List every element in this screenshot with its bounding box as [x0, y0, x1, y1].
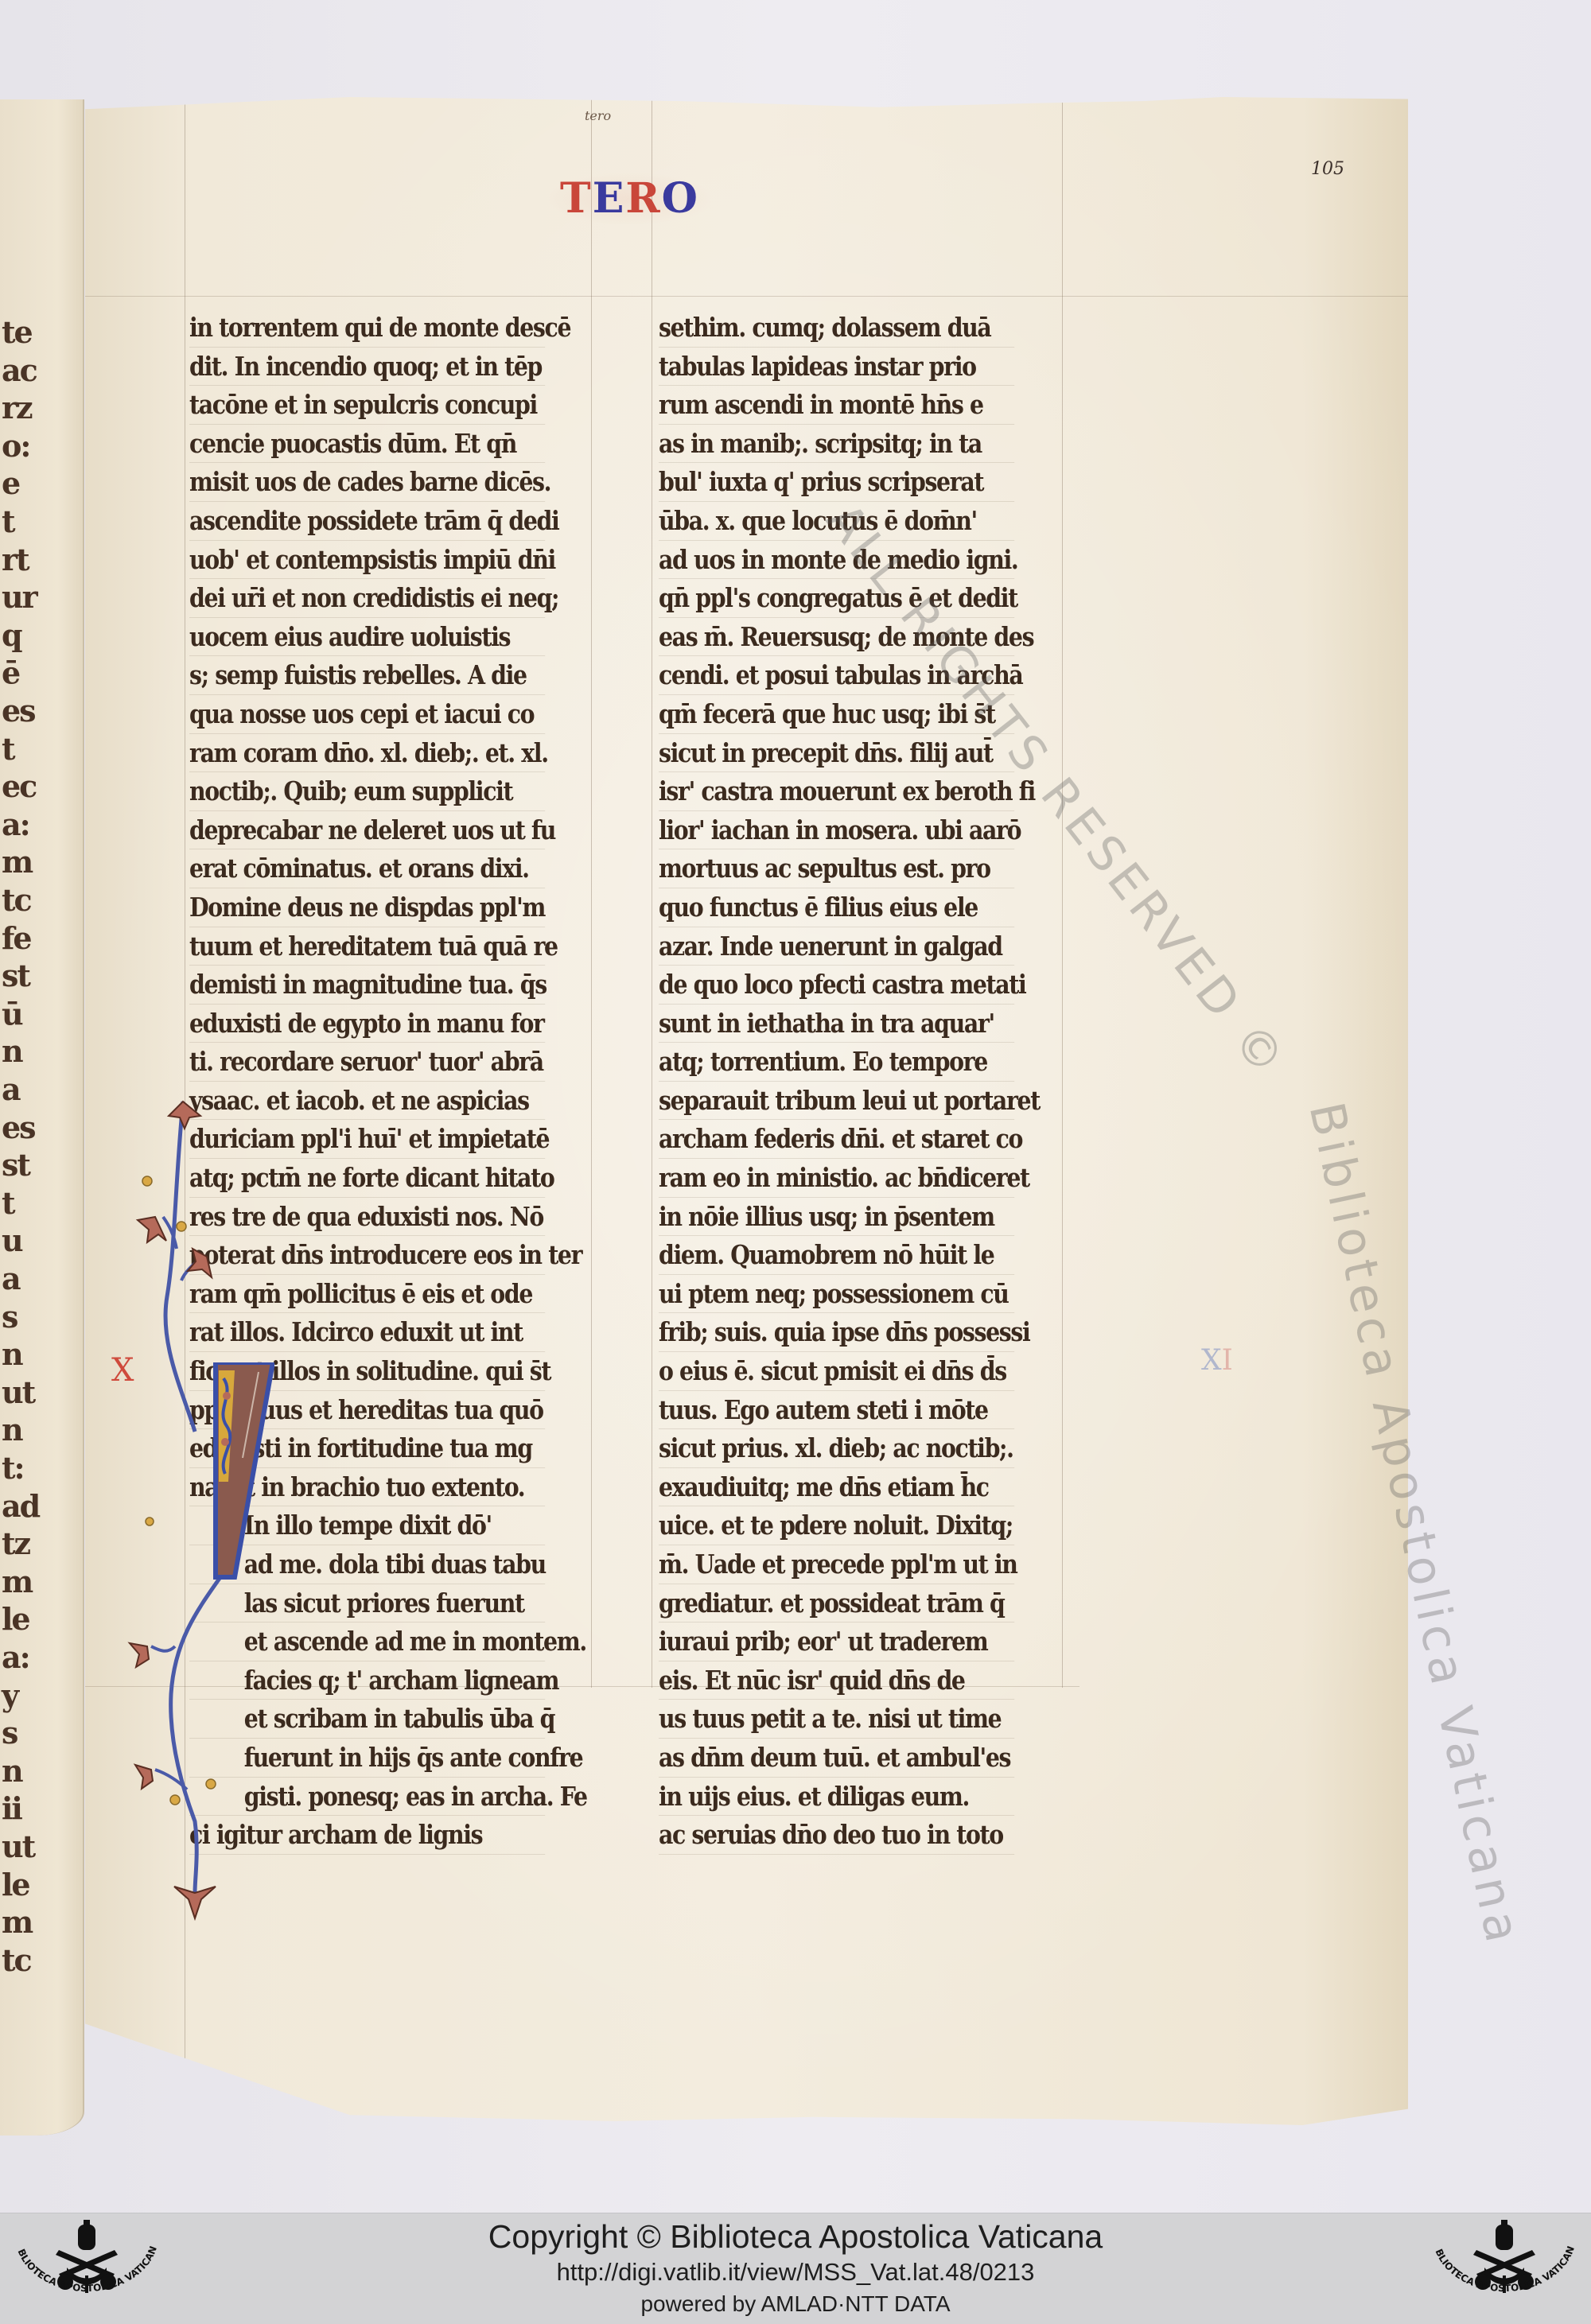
facing-page-text-fragment: es [2, 693, 35, 729]
manuscript-text-line: archam federis dn̄i. et staret co [659, 1120, 1014, 1159]
facing-page-text-fragment: ē [2, 655, 19, 691]
facing-page-text-fragment: tz [2, 1525, 29, 1562]
manuscript-text-line: in uijs eius. et diligas eum. [659, 1778, 1014, 1817]
facing-page-text-fragment: a [2, 1261, 20, 1297]
facing-page-text-fragment: n [2, 1412, 22, 1448]
facing-page-text-fragment: a: [2, 806, 29, 843]
manuscript-text-line: sethim. cumq; dolassem duā [659, 309, 1014, 348]
manuscript-text-line: eduxisti de egypto in manu for [189, 1005, 545, 1043]
manuscript-text-line: atq; torrentium. Eo tempore [659, 1043, 1014, 1082]
manuscript-text-line: deprecabar ne deleret uos ut fu [189, 811, 545, 850]
manuscript-text-line: lior' iachan in mosera. ubi aarō [659, 811, 1014, 850]
chapter-number-xi-part: I [1222, 1344, 1233, 1377]
manuscript-text-line: isr' castra mouerunt ex beroth fi [659, 772, 1014, 811]
facing-page-text-fragment: le [2, 1601, 29, 1638]
facing-page-text-fragment: m [2, 1564, 32, 1600]
manuscript-text-line: Domine deus ne dispdas ppl'm [189, 888, 545, 927]
manuscript-text-line: bul' iuxta q' prius scripserat [659, 463, 1014, 502]
manuscript-text-line: ti. recordare seruor' tuor' abrā [189, 1043, 545, 1082]
manuscript-text-line: ram eo in ministio. ac bn̄diceret [659, 1159, 1014, 1198]
facing-page-text-fragment: n [2, 1753, 22, 1790]
manuscript-text-line: us tuus petit a te. nisi ut time [659, 1700, 1014, 1739]
facing-page-text-fragment: n [2, 1336, 22, 1373]
facing-page-text-fragment: ur [2, 579, 37, 616]
permalink-url[interactable]: http://digi.vatlib.it/view/MSS_Vat.lat.4… [0, 2258, 1591, 2287]
manuscript-text-line: tacōne et in sepulcris concupi [189, 386, 545, 425]
facing-page-text-fragment: fe [2, 920, 31, 957]
running-title-letter: T [560, 174, 593, 223]
manuscript-text-line: uice. et te pdere noluit. Dixitq; [659, 1506, 1014, 1545]
facing-page-text-fragment: q [2, 617, 21, 654]
manuscript-text-line: sicut prius. xl. dieb; ac noctib;. [659, 1429, 1014, 1468]
manuscript-text-line: diem. Quamobrem nō hūit le [659, 1236, 1014, 1275]
facing-page-text-fragment: tc [2, 882, 31, 919]
facing-page-text-fragment: ec [2, 768, 36, 805]
facing-page-text-fragment: n [2, 1033, 22, 1070]
facing-page-text-fragment: o: [2, 428, 29, 464]
powered-by-text: powered by AMLAD·NTT DATA [0, 2291, 1591, 2317]
facing-page-text-fragment: ut [2, 1828, 34, 1865]
manuscript-text-line: ui ptem neq; possessionem cū [659, 1275, 1014, 1314]
catchword: tero [585, 108, 611, 123]
facing-page-text-fragment: le [2, 1867, 29, 1903]
facing-page-text-fragment: ad [2, 1488, 39, 1525]
facing-page-text-fragment: ut [2, 1374, 34, 1411]
facing-page-text-fragment: t: [2, 1450, 24, 1487]
manuscript-text-line: noctib;. Quib; eum supplicit [189, 772, 545, 811]
manuscript-text-line: as in manib;. scripsitq; in ta [659, 425, 1014, 464]
facing-page-text-fragment: e [2, 465, 19, 502]
manuscript-text-line: qua nosse uos cepi et iacui co [189, 695, 545, 734]
manuscript-text-line: in nōie illius usq; in p̄sentem [659, 1198, 1014, 1237]
facing-page-text-fragment: ii [2, 1790, 21, 1827]
manuscript-text-line: sunt in iethatha in tra aquar' [659, 1005, 1014, 1043]
facing-page-text-fragment: es [2, 1110, 35, 1146]
manuscript-text-line: tuus. Ego autem steti i mōte [659, 1391, 1014, 1430]
manuscript-text-line: cendi. et posui tabulas in archā [659, 656, 1014, 695]
manuscript-text-line: qn̄ ppl's congregatus ē et dedit [659, 579, 1014, 618]
manuscript-text-line: quo functus ē filius eius ele [659, 888, 1014, 927]
viewer-footer: BIBLIOTECA APOSTOLICA VATICANA Copyright… [0, 2213, 1591, 2324]
manuscript-text-line: azar. Inde uenerunt in galgad [659, 927, 1014, 966]
manuscript-text-line: dit. In incendio quoq; et in tēp [189, 348, 545, 387]
manuscript-text-line: ad uos in monte de medio igni. [659, 541, 1014, 580]
manuscript-text-line: o eius ē. sicut pmisit ei dn̄s d̄s [659, 1352, 1014, 1391]
ruling-line [85, 296, 1408, 297]
manuscript-text-line: demisti in magnitudine tua. q̄s [189, 966, 545, 1005]
facing-page-text-fragment: s [2, 1715, 17, 1751]
manuscript-text-line: qm̄ fecerā que huc usq; ibi s̄t [659, 695, 1014, 734]
facing-page-text-fragment: st [2, 958, 29, 994]
manuscript-text-line: frib; suis. quia ipse dn̄s possessi [659, 1313, 1014, 1352]
facing-page-text-fragment: a [2, 1071, 20, 1108]
manuscript-text-line: cencie puocastis dūm. Et qn̄ [189, 425, 545, 464]
running-title: TERO [549, 173, 710, 224]
manuscript-text-line: misit uos de cades barne dicēs. [189, 463, 545, 502]
manuscript-text-line: eas m̄. Reuersusq; de monte des [659, 618, 1014, 657]
ruling-line [652, 97, 652, 1688]
running-title-letter: E [593, 174, 626, 223]
facing-page-text-fragment: te [2, 314, 32, 351]
facing-page-text-fragment: m [2, 1904, 32, 1941]
manuscript-text-line: grediatur. et possideat trām q̄ [659, 1584, 1014, 1623]
manuscript-text-line: mortuus ac sepultus est. pro [659, 849, 1014, 888]
manuscript-text-line: ac seruias dn̄o deo tuo in toto [659, 1816, 1014, 1855]
manuscript-text-line: as dn̄m deum tuū. et ambul'es [659, 1739, 1014, 1778]
facing-page-text-fragment: rt [2, 542, 29, 578]
manuscript-text-line: iuraui prib; eor' ut traderem [659, 1623, 1014, 1661]
manuscript-text-line: uocem eius audire uoluistis [189, 618, 545, 657]
facing-page-text-fragment: tc [2, 1942, 31, 1979]
manuscript-text-line: sicut in precepit dn̄s. filij aut̄ [659, 734, 1014, 773]
copyright-text: Copyright © Biblioteca Apostolica Vatica… [0, 2218, 1591, 2256]
manuscript-text-line: exaudiuitq; me dn̄s etiam h̄c [659, 1468, 1014, 1507]
facing-page-text-fragment: m [2, 844, 32, 880]
manuscript-text-line: in torrentem qui de monte descē [189, 309, 545, 348]
running-title-letter: O [662, 174, 699, 223]
chapter-number-xi-pencil: XI [1201, 1344, 1233, 1377]
folio-number: 105 [1311, 159, 1344, 179]
facing-page-text-fragment: ū [2, 996, 22, 1032]
manuscript-text-line: erat cōminatus. et orans dixi. [189, 849, 545, 888]
facing-page-left-leaf: teacrzo:etrturqēesteca:mtcfestūnaessttua… [0, 99, 84, 2136]
manuscript-text-line: m̄. Uade et precede ppl'm ut in [659, 1545, 1014, 1584]
facing-page-text-fragment: s [2, 1299, 17, 1335]
manuscript-text-line: de quo loco pfecti castra metati [659, 966, 1014, 1005]
manuscript-text-line: dei ur̄i et non credidistis ei neq; [189, 579, 545, 618]
facing-page-text-fragments: teacrzo:etrturqēesteca:mtcfestūnaessttua… [0, 99, 83, 2136]
text-column-right: sethim. cumq; dolassem duātabulas lapide… [659, 309, 1072, 1855]
running-title-letter: R [625, 174, 661, 223]
facing-page-text-fragment: rz [2, 390, 32, 426]
facing-page-text-fragment: t [2, 731, 14, 768]
facing-page-text-fragment: a: [2, 1639, 29, 1676]
manuscript-text-line: tabulas lapideas instar prio [659, 348, 1014, 387]
manuscript-text-line: s; semp fuistis rebelles. A die [189, 656, 545, 695]
manuscript-text-line: tuum et hereditatem tuā quā re [189, 927, 545, 966]
manuscript-text-line: rum ascendi in montē hn̄s e [659, 386, 1014, 425]
manuscript-text-line: ram coram dn̄o. xl. dieb;. et. xl. [189, 734, 545, 773]
manuscript-text-line: eis. Et nūc isr' quid dn̄s de [659, 1661, 1014, 1700]
facing-page-text-fragment: ac [2, 352, 37, 389]
manuscript-text-line: ascendite possidete trām q̄ dedi [189, 502, 545, 541]
facing-page-text-fragment: t [2, 503, 14, 540]
vatican-library-logo-icon: BIBLIOTECA APOSTOLICA VATICANA [1421, 2218, 1588, 2322]
chapter-number-xi-part: X [1201, 1344, 1222, 1377]
manuscript-text-line: separauit tribum leui ut portaret [659, 1082, 1014, 1121]
manuscript-text-line: uob' et contempsistis impiū dn̄i [189, 541, 545, 580]
facing-page-text-fragment: y [2, 1677, 18, 1714]
manuscript-text-line: ūba. x. que locutus ē dom̄n' [659, 502, 1014, 541]
facing-page-text-fragment: u [2, 1222, 22, 1259]
illuminated-initial-i-icon [211, 1362, 274, 1585]
facing-page-text-fragment: t [2, 1185, 14, 1222]
facing-page-text-fragment: st [2, 1147, 29, 1183]
